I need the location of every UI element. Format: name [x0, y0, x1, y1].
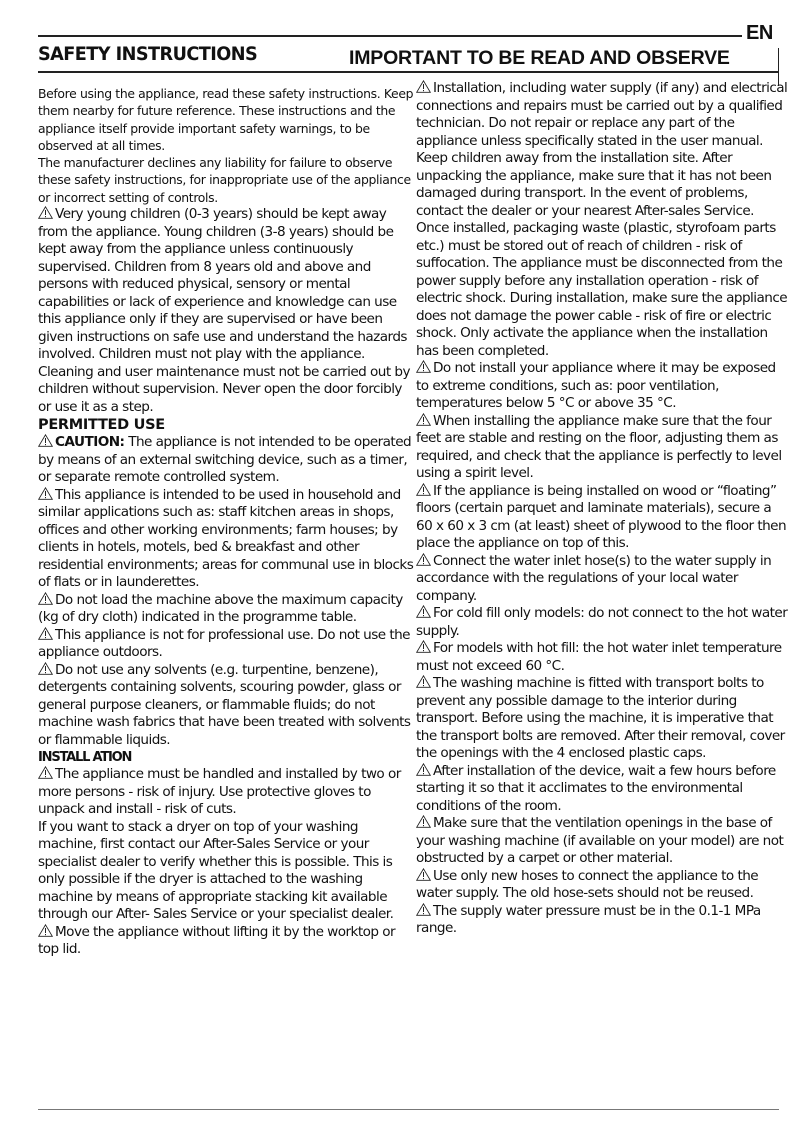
caution-label: CAUTION:	[55, 434, 124, 450]
ventilation-warning: Make sure that the ventilation openings …	[416, 815, 788, 868]
header-bottom-rule	[38, 71, 779, 73]
warning-triangle-icon	[38, 924, 53, 937]
handling-warning: The appliance must be handled and instal…	[38, 766, 416, 819]
warning-triangle-icon	[416, 605, 431, 618]
footer-rule	[38, 1109, 779, 1110]
inlet-hose-warning: Connect the water inlet hose(s) to the w…	[416, 553, 788, 606]
warning-triangle-icon	[38, 662, 53, 675]
warning-triangle-icon	[416, 815, 431, 828]
warning-triangle-icon	[416, 763, 431, 776]
warning-triangle-icon	[38, 434, 53, 447]
stacking-paragraph: If you want to stack a dryer on top of y…	[38, 819, 416, 924]
warning-triangle-icon	[416, 868, 431, 881]
warning-triangle-icon	[38, 766, 53, 779]
acclimate-warning: After installation of the device, wait a…	[416, 763, 788, 816]
liability-paragraph: The manufacturer declines any liability …	[38, 154, 416, 206]
hot-fill-warning: For models with hot fill: the hot water …	[416, 640, 788, 675]
warning-triangle-icon	[416, 360, 431, 373]
warning-triangle-icon	[416, 483, 431, 496]
professional-warning: This appliance is not for professional u…	[38, 627, 416, 662]
warning-triangle-icon	[38, 592, 53, 605]
warning-triangle-icon	[416, 640, 431, 653]
right-column: Installation, including water supply (if…	[416, 80, 788, 938]
new-hoses-warning: Use only new hoses to connect the applia…	[416, 868, 788, 903]
warning-triangle-icon	[416, 413, 431, 426]
intro-paragraph: Before using the appliance, read these s…	[38, 85, 416, 154]
left-column: Before using the appliance, read these s…	[38, 85, 416, 959]
language-code: EN	[746, 22, 773, 45]
warning-triangle-icon	[38, 627, 53, 640]
page-title: SAFETY INSTRUCTIONS	[38, 43, 257, 65]
caution-warning: CAUTION: The appliance is not intended t…	[38, 434, 416, 487]
page-subtitle: IMPORTANT TO BE READ AND OBSERVE	[349, 47, 730, 70]
warning-triangle-icon	[38, 487, 53, 500]
header-top-rule	[38, 35, 742, 37]
feet-level-warning: When installing the appliance make sure …	[416, 413, 788, 483]
cold-fill-warning: For cold fill only models: do not connec…	[416, 605, 788, 640]
installation-technician-warning: Installation, including water supply (if…	[416, 80, 788, 360]
extreme-conditions-warning: Do not install your appliance where it m…	[416, 360, 788, 413]
floating-floor-warning: If the appliance is being installed on w…	[416, 483, 788, 553]
installation-heading: INSTALL ATION	[38, 749, 416, 766]
water-pressure-warning: The supply water pressure must be in the…	[416, 903, 788, 938]
warning-triangle-icon	[416, 80, 431, 93]
warning-triangle-icon	[38, 206, 53, 219]
capacity-warning: Do not load the machine above the maximu…	[38, 592, 416, 627]
children-warning: Very young children (0-3 years) should b…	[38, 206, 416, 416]
permitted-use-heading: PERMITTED USE	[38, 416, 416, 434]
solvents-warning: Do not use any solvents (e.g. turpentine…	[38, 662, 416, 750]
household-warning: This appliance is intended to be used in…	[38, 487, 416, 592]
warning-triangle-icon	[416, 675, 431, 688]
transport-bolts-warning: The washing machine is fitted with trans…	[416, 675, 788, 763]
warning-triangle-icon	[416, 553, 431, 566]
warning-triangle-icon	[416, 903, 431, 916]
moving-warning: Move the appliance without lifting it by…	[38, 924, 416, 959]
